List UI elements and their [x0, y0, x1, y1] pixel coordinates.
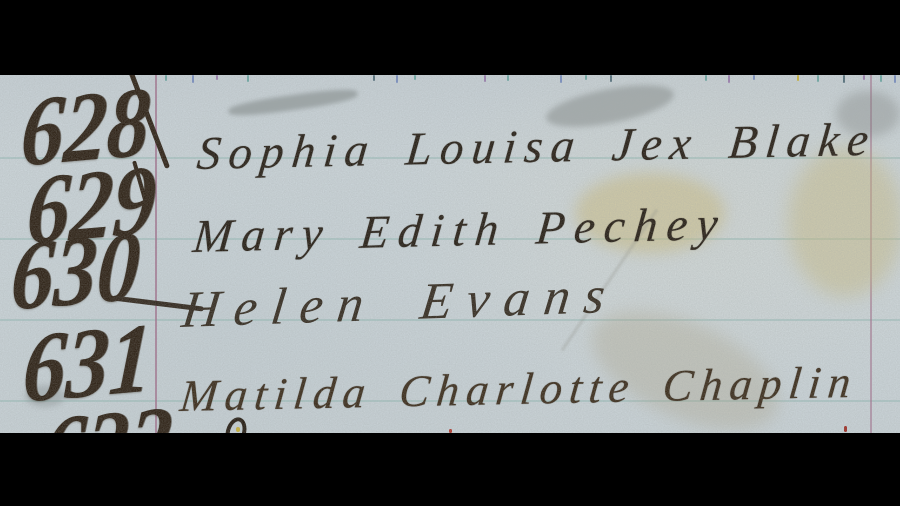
scan-edge-tick — [414, 75, 416, 80]
scan-edge-tick — [192, 75, 194, 83]
entry-name: Helen Evans — [179, 266, 623, 341]
letterbox-top — [0, 0, 900, 75]
paper-stain — [788, 147, 900, 297]
scan-edge-tick — [817, 75, 819, 82]
scanned-register-page: 628 Sophia Louisa Jex Blake 629 Mary Edi… — [0, 0, 900, 506]
pencil-smudge — [228, 86, 359, 119]
scan-edge-tick — [880, 75, 882, 82]
scan-edge-tick — [894, 75, 896, 83]
entry-name: Matilda Charlotte Chaplin — [178, 357, 860, 423]
scan-edge-tick — [610, 75, 612, 82]
paper: 628 Sophia Louisa Jex Blake 629 Mary Edi… — [0, 75, 900, 433]
scan-edge-tick — [705, 75, 707, 81]
scan-edge-tick — [843, 75, 845, 83]
scan-edge-tick — [507, 75, 509, 81]
scan-edge-tick — [484, 75, 486, 82]
letterbox-bottom — [0, 433, 900, 506]
scan-edge-tick — [728, 75, 730, 83]
scan-edge-tick — [373, 75, 375, 81]
scan-edge-tick — [560, 75, 562, 83]
entry-name: Mary Edith Pechey — [191, 197, 730, 264]
entry-number: 632 — [41, 391, 175, 433]
scan-edge-tick — [165, 75, 167, 81]
scan-edge-tick — [585, 75, 587, 80]
entry-name: Sophia Louisa Jex Blake — [194, 113, 878, 181]
ink-speck — [236, 427, 240, 432]
ink-speck — [844, 426, 847, 432]
scan-edge-tick — [216, 75, 218, 80]
scan-edge-tick — [396, 75, 398, 83]
scan-edge-tick — [797, 75, 799, 81]
scan-edge-tick — [753, 75, 755, 80]
scan-edge-tick — [863, 75, 865, 80]
scan-edge-tick — [247, 75, 249, 82]
